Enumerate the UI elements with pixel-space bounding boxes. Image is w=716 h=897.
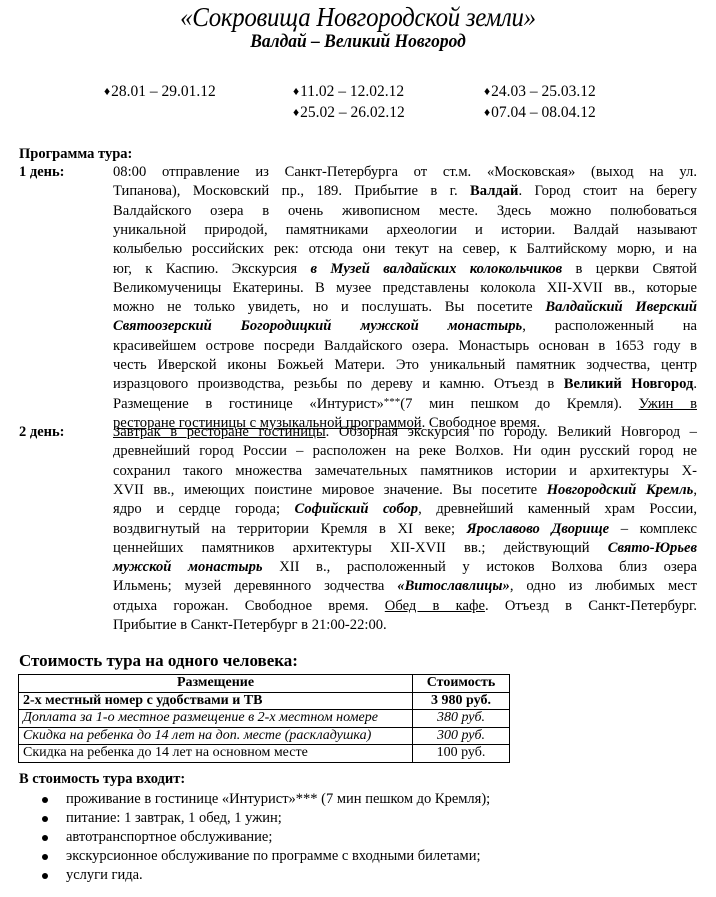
price-row: 2-х местный номер с удобствами и ТВ3 980… (19, 692, 510, 710)
text-line: можно не только увидеть, но и послушать.… (113, 298, 697, 317)
column-header-placement: Размещение (19, 675, 413, 693)
text-line: Ильмень; музей деревянного зодчества «Ви… (113, 577, 697, 596)
price-cell: 380 руб. (413, 710, 510, 728)
placement-cell: Доплата за 1-о местное размещение в 2-х … (19, 710, 413, 728)
diamond-bullet-icon: ♦ (484, 105, 490, 119)
text-line: честь Иверской иконы Божьей Матери. Это … (113, 356, 697, 375)
included-item: экскурсионное обслуживание по программе … (0, 847, 490, 866)
date-item: ♦07.04 – 08.04.12 (484, 104, 596, 122)
placement-cell: 2-х местный номер с удобствами и ТВ (19, 692, 413, 710)
program-heading: Программа тура: (19, 145, 132, 164)
text-line: Прибытие в Санкт-Петербург в 21:00-22:00… (113, 616, 697, 635)
included-list: проживание в гостинице «Интурист»*** (7 … (0, 790, 490, 885)
placement-cell: Скидка на ребенка до 14 лет на доп. мест… (19, 727, 413, 745)
text-line: Святоозерский Богородицкий мужской монас… (113, 317, 697, 336)
text-line: отдыха горожан. Свободное время. Обед в … (113, 597, 697, 616)
text-line: Валдайского озера в очень живописном мес… (113, 202, 697, 221)
text-line: XVII вв., имеющих поистине мировое значе… (113, 481, 697, 500)
price-cell: 100 руб. (413, 745, 510, 763)
placement-cell: Скидка на ребенка до 14 лет на основном … (19, 745, 413, 763)
included-item: услуги гида. (0, 866, 490, 885)
date-item: ♦25.02 – 26.02.12 (293, 104, 405, 122)
bullet-icon (42, 816, 48, 822)
price-heading: Стоимость тура на одного человека: (19, 651, 298, 671)
text-line: колыбелью российских рек: отсюда они тек… (113, 240, 697, 259)
text-line: ядро и сердце города; Софийский собор, д… (113, 500, 697, 519)
date-item: ♦24.03 – 25.03.12 (484, 83, 596, 101)
text-line: ценнейших памятников архитектуры XII-XVI… (113, 539, 697, 558)
diamond-bullet-icon: ♦ (484, 84, 490, 98)
text-line: Типанова), Московский пр., 189. Прибытие… (113, 182, 697, 201)
column-header-price: Стоимость (413, 675, 510, 693)
day-1-label: 1 день: (19, 163, 65, 182)
bullet-icon (42, 873, 48, 879)
text-line: воздвигнутый на территории Кремля в XI в… (113, 520, 697, 539)
text-line: мужской монастырь XII в., расположенный … (113, 558, 697, 577)
price-row: Скидка на ребенка до 14 лет на доп. мест… (19, 727, 510, 745)
included-item: автотранспортное обслуживание; (0, 828, 490, 847)
bullet-icon (42, 854, 48, 860)
text-line: уникальной природой, памятниками археоло… (113, 221, 697, 240)
diamond-bullet-icon: ♦ (293, 105, 299, 119)
text-line: 08:00 отправление из Санкт-Петербурга от… (113, 163, 697, 182)
text-line: красивейшем острове посреди Валдайского … (113, 337, 697, 356)
diamond-bullet-icon: ♦ (104, 84, 110, 98)
text-line: изразцового производства, резьбы по дере… (113, 375, 697, 394)
price-cell: 3 980 руб. (413, 692, 510, 710)
price-table: Размещение Стоимость 2-х местный номер с… (18, 674, 510, 763)
included-item: проживание в гостинице «Интурист»*** (7 … (0, 790, 490, 809)
price-row: Скидка на ребенка до 14 лет на основном … (19, 745, 510, 763)
included-heading: В стоимость тура входит: (19, 770, 185, 789)
text-line: Великомученицы Екатерины. В музее предст… (113, 279, 697, 298)
day-2-label: 2 день: (19, 423, 65, 442)
text-line: сохранил такого множества замечательных … (113, 462, 697, 481)
price-row: Доплата за 1-о местное размещение в 2-х … (19, 710, 510, 728)
text-line: юг, к Каспию. Экскурсия в Музей валдайск… (113, 260, 697, 279)
text-line: древнейший город России – расположен на … (113, 442, 697, 461)
date-item: ♦11.02 – 12.02.12 (293, 83, 404, 101)
tour-title: «Сокровища Новгородской земли» (29, 2, 688, 32)
bullet-icon (42, 835, 48, 841)
text-line: Завтрак в ресторане гостиницы. Обзорная … (113, 423, 697, 442)
bullet-icon (42, 797, 48, 803)
text-line: Размещение в гостинице «Интурист»***(7 м… (113, 395, 697, 414)
diamond-bullet-icon: ♦ (293, 84, 299, 98)
price-cell: 300 руб. (413, 727, 510, 745)
date-item: ♦28.01 – 29.01.12 (104, 83, 216, 101)
included-item: питание: 1 завтрак, 1 обед, 1 ужин; (0, 809, 490, 828)
price-table-header: Размещение Стоимость (19, 675, 510, 693)
tour-subtitle: Валдай – Великий Новгород (29, 30, 688, 54)
